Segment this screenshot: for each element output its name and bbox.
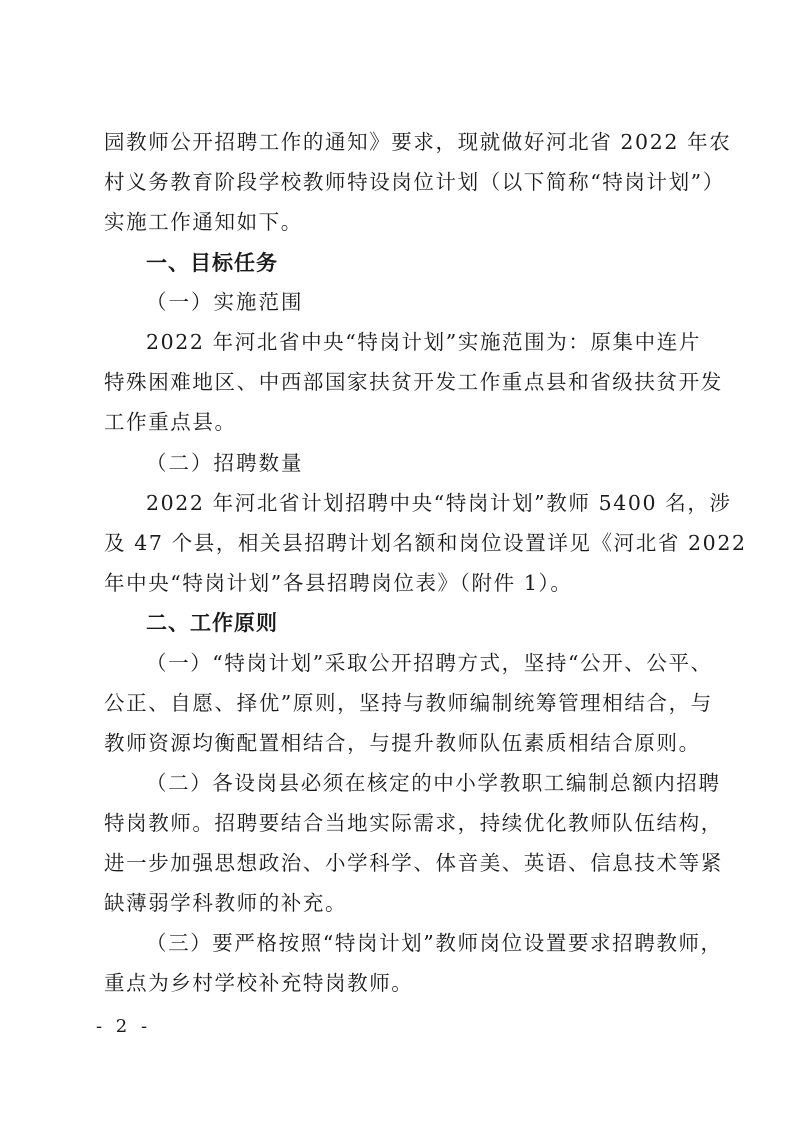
body-text-line: 2022 年河北省中央“特岗计划”实施范围为：原集中连片 xyxy=(146,328,692,356)
body-text-line: 工作重点县。 xyxy=(104,408,692,436)
body-text-line: 村义务教育阶段学校教师特设岗位计划（以下简称“特岗计划”） xyxy=(104,168,692,196)
subsection-heading: （二）招聘数量 xyxy=(146,449,692,477)
body-text-line: （一）“特岗计划”采取公开招聘方式，坚持“公开、公平、 xyxy=(146,649,692,677)
body-text-line: 特岗教师。招聘要结合当地实际需求，持续优化教师队伍结构， xyxy=(104,809,692,837)
document-page: 园教师公开招聘工作的通知》要求，现就做好河北省 2022 年农 村义务教育阶段学… xyxy=(0,0,794,1123)
body-text-line: （三）要严格按照“特岗计划”教师岗位设置要求招聘教师， xyxy=(146,929,692,957)
body-text-line: 公正、自愿、择优”原则，坚持与教师编制统筹管理相结合，与 xyxy=(104,689,692,717)
subsection-heading: （一）实施范围 xyxy=(146,288,692,316)
body-text-line: 2022 年河北省计划招聘中央“特岗计划”教师 5400 名，涉 xyxy=(146,489,692,517)
section-heading: 二、工作原则 xyxy=(146,609,692,637)
page-number: - 2 - xyxy=(96,1016,151,1037)
body-text-line: 重点为乡村学校补充特岗教师。 xyxy=(104,969,692,997)
body-text-line: 及 47 个县，相关县招聘计划名额和岗位设置详见《河北省 2022 xyxy=(104,529,692,557)
body-text-line: 实施工作通知如下。 xyxy=(104,208,692,236)
body-text-line: 进一步加强思想政治、小学科学、体音美、英语、信息技术等紧 xyxy=(104,849,692,877)
body-text-line: 教师资源均衡配置相结合，与提升教师队伍素质相结合原则。 xyxy=(104,729,692,757)
body-text-line: 园教师公开招聘工作的通知》要求，现就做好河北省 2022 年农 xyxy=(104,128,692,156)
body-text-line: 缺薄弱学科教师的补充。 xyxy=(104,889,692,917)
body-text-line: 年中央“特岗计划”各县招聘岗位表》（附件 1）。 xyxy=(104,569,692,597)
section-heading: 一、目标任务 xyxy=(146,249,692,277)
body-text-line: 特殊困难地区、中西部国家扶贫开发工作重点县和省级扶贫开发 xyxy=(104,368,692,396)
body-text-line: （二）各设岗县必须在核定的中小学教职工编制总额内招聘 xyxy=(146,769,692,797)
